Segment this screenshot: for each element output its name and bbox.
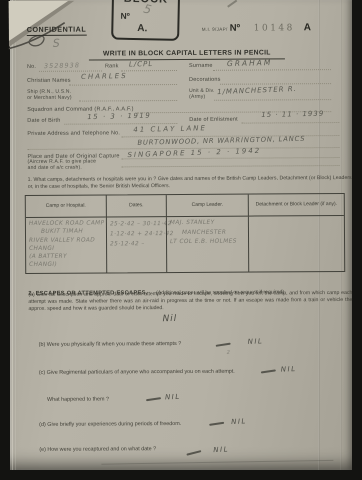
dates-entry: 25·12·42 – — [110, 239, 163, 249]
field-line — [220, 83, 331, 85]
ship-label-line2: or Merchant Navy) — [27, 96, 72, 102]
answer-2e-nil: NIL — [213, 445, 229, 454]
field-line — [213, 69, 331, 71]
field-line — [79, 100, 177, 102]
no-label: No. — [27, 64, 36, 70]
christian-names-label: Christian Names — [27, 78, 71, 84]
dob-label: Date of Birth — [27, 118, 60, 124]
christian-names-value: CHARLES — [81, 72, 128, 81]
answer-2d-nil: NIL — [231, 417, 247, 426]
dates-cell: 25·2·42 – 30·11·42 1·12·42 + 24·12·42 25… — [106, 217, 166, 272]
col-header-dates: Dates. — [106, 195, 166, 217]
leader-entry: MAJ. STANLEY — [170, 219, 245, 229]
field-line — [69, 84, 177, 86]
stamp-handwritten-number: 5 — [142, 2, 153, 17]
stamp-letter: A. — [137, 23, 147, 34]
col-header-camp: Camp or Hospital. — [26, 195, 106, 217]
pencil-dash — [216, 343, 231, 347]
field-line — [214, 99, 331, 101]
detachment-cell — [248, 216, 344, 272]
answer-2c2-nil: NIL — [165, 393, 181, 402]
address-value-line1: 41 CLAY LANE — [133, 124, 207, 134]
ref-no-label: Nº — [230, 23, 240, 34]
field-line — [121, 70, 177, 71]
question-1-text: 1. What camps, detachments or hospitals … — [28, 175, 352, 191]
pencil-mark-2: 2 — [227, 350, 230, 356]
ref-serial-number: 10148 — [254, 23, 295, 33]
pencil-tick-mark — [227, 0, 237, 7]
field-line — [39, 70, 102, 71]
decorations-label: Decorations — [189, 77, 221, 83]
surname-value: GRAHAM — [227, 58, 273, 68]
question-2c2-text: What happened to them ? — [47, 396, 109, 402]
address-label: Private Address and Telephone No. — [27, 130, 120, 137]
answer-2c-nil: NIL — [281, 365, 297, 374]
enlistment-value: 15 · 11 · 1939 — [261, 110, 324, 119]
leader-entry: LT COL E.B. HOLMES — [170, 238, 245, 248]
answer-2a-nil: Nil — [162, 314, 177, 324]
form-content: S CONFIDENTIAL BLOCK Nº 5 A. M.I. 9/JAP/… — [9, 0, 354, 471]
pencil-squiggle: S — [53, 37, 60, 50]
faint-pencil-line — [101, 460, 333, 465]
confidential-marking: CONFIDENTIAL — [27, 25, 87, 36]
camps-table: Camp or Hospital. Dates. Camp Leader. De… — [25, 193, 345, 274]
pencil-dash — [186, 450, 201, 455]
rank-label: Rank — [105, 63, 119, 69]
capture-label-line3: and date of a/c crash). — [28, 166, 82, 172]
answer-2b-nil: NIL — [247, 337, 263, 346]
stamp-no-label: Nº — [120, 11, 129, 21]
block-number-stamp: BLOCK Nº 5 A. — [111, 0, 180, 41]
dob-value: 15 · 3 · 1919 — [87, 112, 151, 122]
field-line — [241, 122, 339, 124]
leader-entry: MANCHESTER — [170, 228, 245, 238]
pencil-dash — [209, 422, 224, 426]
camp-cell: HAVELOCK ROAD CAMP BUKIT TIMAH RIVER VAL… — [26, 217, 106, 272]
ref-suffix-letter: A — [304, 22, 311, 33]
surname-label: Surname — [189, 63, 213, 69]
ref-prefix: M.I. 9/JAP/ — [202, 27, 228, 32]
rank-value: L/CPL — [129, 60, 153, 69]
pencil-dash — [261, 369, 276, 373]
col-header-detachment: Detachment or Block Leader (if any). — [248, 194, 344, 217]
dates-entry: 1·12·42 + 24·12·42 — [110, 229, 163, 239]
camp-entry: RIVER VALLEY ROAD — [29, 236, 103, 245]
col-header-leader: Camp Leader. — [166, 195, 248, 218]
pow-questionnaire-scan: S CONFIDENTIAL BLOCK Nº 5 A. M.I. 9/JAP/… — [0, 0, 362, 480]
camp-entry: HAVELOCK ROAD CAMP — [29, 219, 103, 228]
question-2b-text: (b) Were you physically fit when you mad… — [39, 341, 182, 348]
question-2e-text: (e) How were you recaptured and on what … — [39, 446, 156, 453]
leader-cell: MAJ. STANLEY MANCHESTER LT COL E.B. HOLM… — [166, 217, 248, 272]
pencil-dash — [146, 397, 161, 401]
question-2c-text: (c) Give Regimental particulars of anyon… — [39, 369, 235, 376]
question-2d-text: (d) Give briefly your experiences during… — [39, 421, 181, 428]
service-number-value: 3528938 — [44, 61, 80, 70]
unit-label-line2: (Army) — [189, 95, 205, 101]
field-line — [122, 165, 340, 167]
enlistment-label: Date of Enlistment — [189, 117, 238, 123]
camp-entry: CHANGI) — [29, 261, 103, 270]
dates-entry: 25·2·42 – 30·11·42 — [110, 219, 163, 229]
unit-value: 1/MANCHESTER R. — [217, 85, 297, 96]
question-2a-text: (a) Give full description and approx. da… — [28, 290, 352, 313]
paper-sheet: S CONFIDENTIAL BLOCK Nº 5 A. M.I. 9/JAP/… — [10, 0, 352, 470]
